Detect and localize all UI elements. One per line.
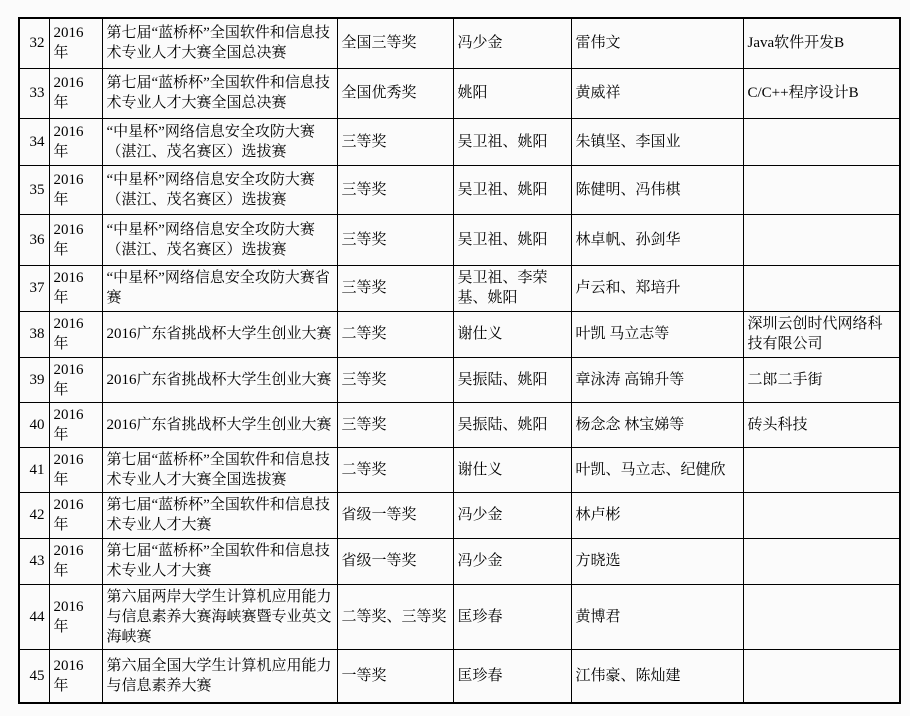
table-row: 39 2016年 2016广东省挑战杯大学生创业大赛 三等奖 吴振陆、姚阳 章泳… — [19, 357, 900, 402]
cell-advisors: 谢仕义 — [453, 447, 571, 492]
cell-winners: 黄威祥 — [571, 68, 743, 118]
table-row: 32 2016年 第七届“蓝桥杯”全国软件和信息技术专业人才大赛全国总决赛 全国… — [19, 18, 900, 68]
cell-competition-name: “中星杯”网络信息安全攻防大赛（湛江、茂名赛区）选拔赛 — [102, 118, 337, 165]
cell-year: 2016年 — [49, 402, 102, 447]
cell-competition-name: 2016广东省挑战杯大学生创业大赛 — [102, 402, 337, 447]
cell-row-number: 43 — [19, 538, 49, 584]
cell-advisors: 谢仕义 — [453, 311, 571, 357]
cell-advisors: 吴卫祖、姚阳 — [453, 118, 571, 165]
cell-remark — [743, 447, 900, 492]
cell-award-level: 三等奖 — [337, 165, 453, 214]
cell-award-level: 二等奖、三等奖 — [337, 584, 453, 649]
cell-year: 2016年 — [49, 584, 102, 649]
cell-award-level: 三等奖 — [337, 118, 453, 165]
cell-year: 2016年 — [49, 538, 102, 584]
cell-row-number: 33 — [19, 68, 49, 118]
cell-advisors: 吴卫祖、姚阳 — [453, 165, 571, 214]
cell-advisors: 吴卫祖、李荣基、姚阳 — [453, 265, 571, 311]
cell-remark: 二郎二手街 — [743, 357, 900, 402]
cell-winners: 朱镇坚、李国业 — [571, 118, 743, 165]
cell-competition-name: 2016广东省挑战杯大学生创业大赛 — [102, 357, 337, 402]
cell-remark — [743, 265, 900, 311]
cell-advisors: 吴振陆、姚阳 — [453, 402, 571, 447]
cell-remark — [743, 538, 900, 584]
cell-remark: 深圳云创时代网络科技有限公司 — [743, 311, 900, 357]
cell-year: 2016年 — [49, 18, 102, 68]
cell-competition-name: 2016广东省挑战杯大学生创业大赛 — [102, 311, 337, 357]
cell-remark — [743, 492, 900, 538]
awards-table-body: 32 2016年 第七届“蓝桥杯”全国软件和信息技术专业人才大赛全国总决赛 全国… — [19, 18, 900, 703]
cell-competition-name: “中星杯”网络信息安全攻防大赛省赛 — [102, 265, 337, 311]
cell-row-number: 35 — [19, 165, 49, 214]
cell-award-level: 全国三等奖 — [337, 18, 453, 68]
cell-year: 2016年 — [49, 118, 102, 165]
cell-competition-name: 第七届“蓝桥杯”全国软件和信息技术专业人才大赛全国总决赛 — [102, 18, 337, 68]
document-page: 32 2016年 第七届“蓝桥杯”全国软件和信息技术专业人才大赛全国总决赛 全国… — [0, 0, 910, 716]
cell-year: 2016年 — [49, 492, 102, 538]
awards-table: 32 2016年 第七届“蓝桥杯”全国软件和信息技术专业人才大赛全国总决赛 全国… — [18, 17, 901, 704]
cell-row-number: 45 — [19, 649, 49, 703]
table-row: 34 2016年 “中星杯”网络信息安全攻防大赛（湛江、茂名赛区）选拔赛 三等奖… — [19, 118, 900, 165]
table-row: 45 2016年 第六届全国大学生计算机应用能力与信息素养大赛 一等奖 匡珍春 … — [19, 649, 900, 703]
cell-remark — [743, 649, 900, 703]
cell-competition-name: 第七届“蓝桥杯”全国软件和信息技术专业人才大赛全国总决赛 — [102, 68, 337, 118]
cell-advisors: 姚阳 — [453, 68, 571, 118]
cell-winners: 章泳涛 高锦升等 — [571, 357, 743, 402]
cell-remark — [743, 165, 900, 214]
cell-winners: 林卓帆、孙剑华 — [571, 214, 743, 265]
table-row: 42 2016年 第七届“蓝桥杯”全国软件和信息技术专业人才大赛 省级一等奖 冯… — [19, 492, 900, 538]
cell-winners: 雷伟文 — [571, 18, 743, 68]
cell-row-number: 36 — [19, 214, 49, 265]
table-row: 38 2016年 2016广东省挑战杯大学生创业大赛 二等奖 谢仕义 叶凯 马立… — [19, 311, 900, 357]
cell-award-level: 三等奖 — [337, 265, 453, 311]
cell-year: 2016年 — [49, 265, 102, 311]
cell-advisors: 冯少金 — [453, 492, 571, 538]
cell-competition-name: “中星杯”网络信息安全攻防大赛（湛江、茂名赛区）选拔赛 — [102, 165, 337, 214]
cell-competition-name: 第七届“蓝桥杯”全国软件和信息技术专业人才大赛全国选拔赛 — [102, 447, 337, 492]
cell-advisors: 吴振陆、姚阳 — [453, 357, 571, 402]
table-row: 44 2016年 第六届两岸大学生计算机应用能力与信息素养大赛海峡赛暨专业英文海… — [19, 584, 900, 649]
cell-competition-name: “中星杯”网络信息安全攻防大赛（湛江、茂名赛区）选拔赛 — [102, 214, 337, 265]
cell-winners: 黄博君 — [571, 584, 743, 649]
cell-advisors: 冯少金 — [453, 538, 571, 584]
cell-remark: 砖头科技 — [743, 402, 900, 447]
cell-advisors: 吴卫祖、姚阳 — [453, 214, 571, 265]
cell-remark: Java软件开发B — [743, 18, 900, 68]
cell-winners: 卢云和、郑培升 — [571, 265, 743, 311]
cell-remark — [743, 584, 900, 649]
cell-row-number: 37 — [19, 265, 49, 311]
cell-winners: 叶凯 马立志等 — [571, 311, 743, 357]
cell-row-number: 38 — [19, 311, 49, 357]
cell-winners: 方晓选 — [571, 538, 743, 584]
cell-award-level: 二等奖 — [337, 447, 453, 492]
cell-award-level: 三等奖 — [337, 214, 453, 265]
table-row: 37 2016年 “中星杯”网络信息安全攻防大赛省赛 三等奖 吴卫祖、李荣基、姚… — [19, 265, 900, 311]
cell-winners: 陈健明、冯伟棋 — [571, 165, 743, 214]
cell-year: 2016年 — [49, 447, 102, 492]
cell-winners: 叶凯、马立志、纪健欣 — [571, 447, 743, 492]
cell-award-level: 三等奖 — [337, 402, 453, 447]
cell-row-number: 32 — [19, 18, 49, 68]
cell-row-number: 34 — [19, 118, 49, 165]
cell-award-level: 省级一等奖 — [337, 538, 453, 584]
cell-competition-name: 第六届全国大学生计算机应用能力与信息素养大赛 — [102, 649, 337, 703]
cell-remark: C/C++程序设计B — [743, 68, 900, 118]
cell-winners: 江伟豪、陈灿建 — [571, 649, 743, 703]
cell-advisors: 匡珍春 — [453, 584, 571, 649]
cell-year: 2016年 — [49, 311, 102, 357]
cell-row-number: 39 — [19, 357, 49, 402]
cell-row-number: 40 — [19, 402, 49, 447]
cell-year: 2016年 — [49, 649, 102, 703]
cell-award-level: 省级一等奖 — [337, 492, 453, 538]
cell-competition-name: 第六届两岸大学生计算机应用能力与信息素养大赛海峡赛暨专业英文海峡赛 — [102, 584, 337, 649]
cell-award-level: 全国优秀奖 — [337, 68, 453, 118]
cell-competition-name: 第七届“蓝桥杯”全国软件和信息技术专业人才大赛 — [102, 492, 337, 538]
cell-award-level: 三等奖 — [337, 357, 453, 402]
cell-winners: 杨念念 林宝娣等 — [571, 402, 743, 447]
cell-year: 2016年 — [49, 68, 102, 118]
cell-year: 2016年 — [49, 357, 102, 402]
cell-competition-name: 第七届“蓝桥杯”全国软件和信息技术专业人才大赛 — [102, 538, 337, 584]
cell-advisors: 冯少金 — [453, 18, 571, 68]
table-row: 35 2016年 “中星杯”网络信息安全攻防大赛（湛江、茂名赛区）选拔赛 三等奖… — [19, 165, 900, 214]
cell-row-number: 42 — [19, 492, 49, 538]
table-row: 33 2016年 第七届“蓝桥杯”全国软件和信息技术专业人才大赛全国总决赛 全国… — [19, 68, 900, 118]
cell-row-number: 44 — [19, 584, 49, 649]
table-row: 36 2016年 “中星杯”网络信息安全攻防大赛（湛江、茂名赛区）选拔赛 三等奖… — [19, 214, 900, 265]
cell-award-level: 二等奖 — [337, 311, 453, 357]
cell-remark — [743, 214, 900, 265]
cell-advisors: 匡珍春 — [453, 649, 571, 703]
cell-year: 2016年 — [49, 214, 102, 265]
cell-year: 2016年 — [49, 165, 102, 214]
cell-remark — [743, 118, 900, 165]
table-row: 43 2016年 第七届“蓝桥杯”全国软件和信息技术专业人才大赛 省级一等奖 冯… — [19, 538, 900, 584]
cell-award-level: 一等奖 — [337, 649, 453, 703]
table-row: 41 2016年 第七届“蓝桥杯”全国软件和信息技术专业人才大赛全国选拔赛 二等… — [19, 447, 900, 492]
cell-winners: 林卢彬 — [571, 492, 743, 538]
cell-row-number: 41 — [19, 447, 49, 492]
table-row: 40 2016年 2016广东省挑战杯大学生创业大赛 三等奖 吴振陆、姚阳 杨念… — [19, 402, 900, 447]
